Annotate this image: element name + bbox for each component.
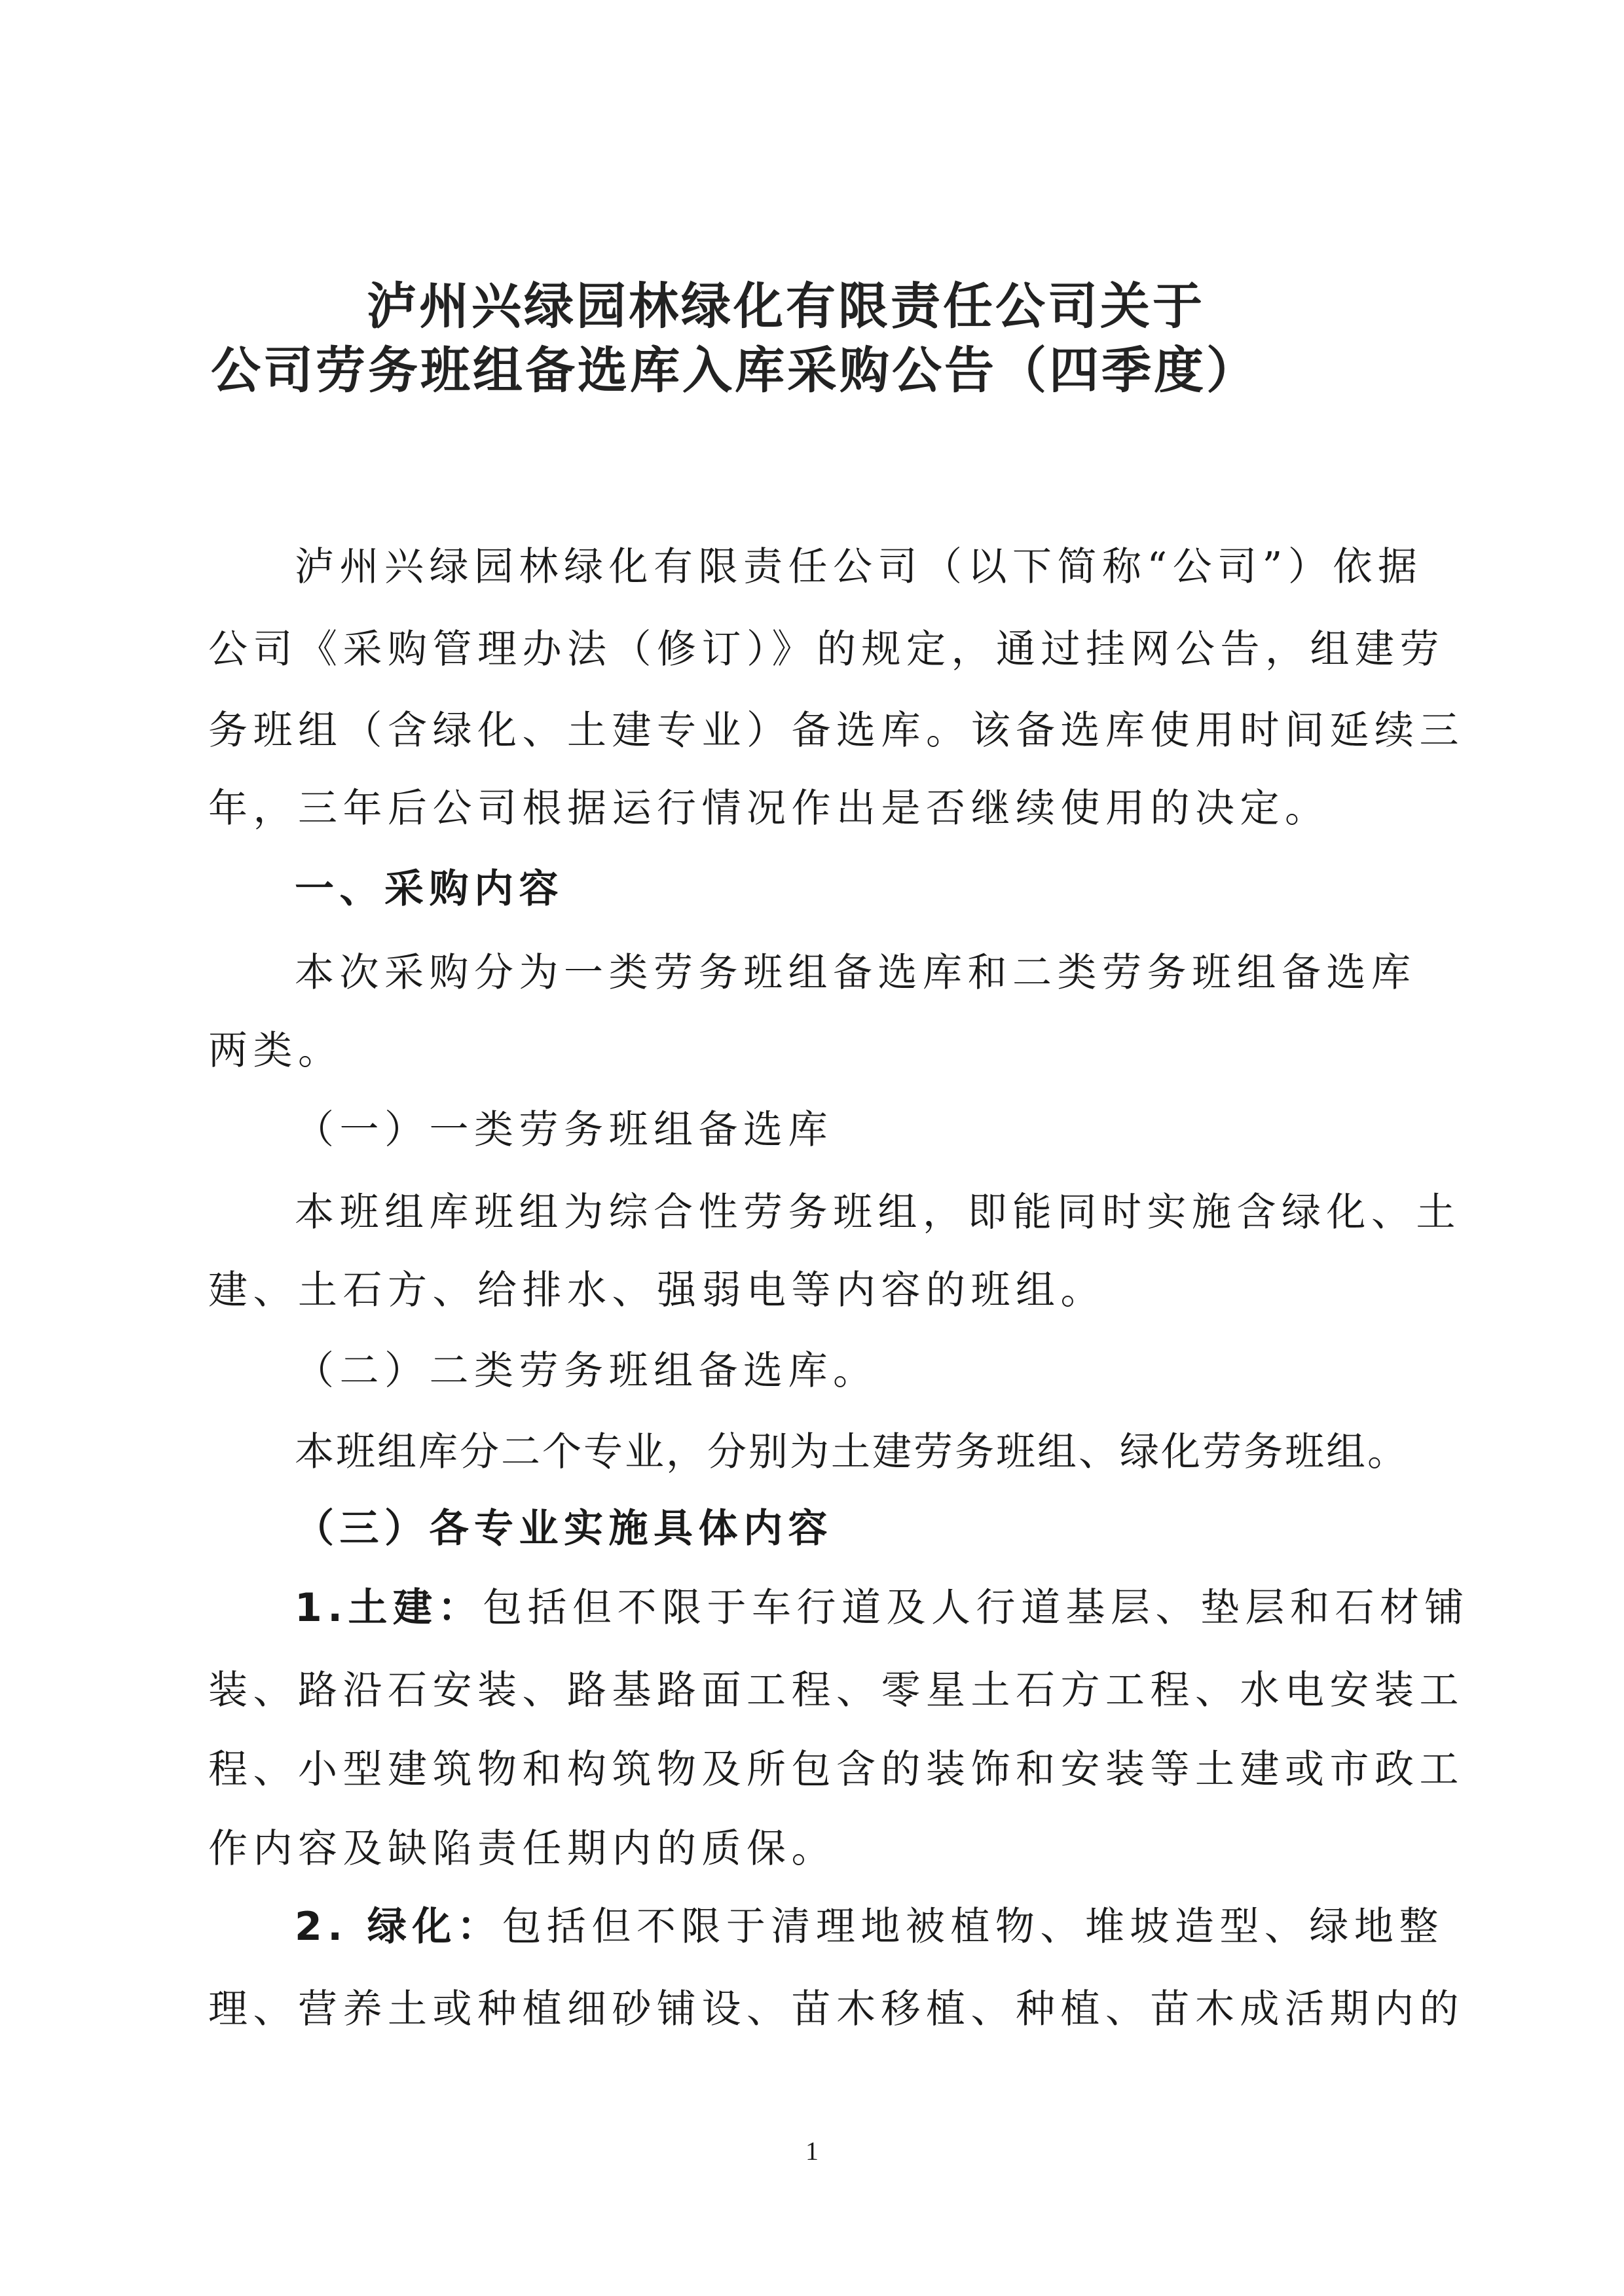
document-page: 泸州兴绿园林绿化有限责任公司关于 公司劳务班组备选库入库采购公告（四季度） 泸州… <box>0 0 1624 2296</box>
paragraph-categories-line-2: 两类。 <box>208 1025 1420 1077</box>
document-title-line-2: 公司劳务班组备选库入库采购公告（四季度） <box>211 339 1624 402</box>
item-greening-label: 2. 绿化： <box>295 1904 502 1950</box>
item-civil-line-1: 1.土建：包括但不限于车行道及人行道基层、垫层和石材铺 <box>295 1582 1506 1634</box>
item-civil-text: 包括但不限于车行道及人行道基层、垫层和石材铺 <box>483 1585 1469 1631</box>
paragraph-intro-line-3: 务班组（含绿化、土建专业）备选库。该备选库使用时间延续三 <box>208 704 1420 757</box>
paragraph-category-one-line-1: 本班组库班组为综合性劳务班组，即能同时实施含绿化、土 <box>295 1186 1506 1239</box>
item-greening-text: 包括但不限于清理地被植物、堆坡造型、绿地整 <box>502 1904 1444 1950</box>
subheading-category-one: （一）一类劳务班组备选库 <box>295 1104 1506 1156</box>
subheading-specialty-content: （三）各专业实施具体内容 <box>295 1503 1506 1555</box>
item-greening-line-1: 2. 绿化：包括但不限于清理地被植物、堆坡造型、绿地整 <box>295 1901 1506 1953</box>
section-heading-procurement-content: 一、采购内容 <box>295 863 1506 915</box>
subheading-category-two: （二）二类劳务班组备选库。 <box>295 1345 1506 1397</box>
item-civil-label: 1.土建： <box>295 1585 483 1631</box>
paragraph-categories-line-1: 本次采购分为一类劳务班组备选库和二类劳务班组备选库 <box>295 947 1506 999</box>
item-civil-line-3: 程、小型建筑物和构筑物及所包含的装饰和安装等土建或市政工 <box>208 1743 1420 1796</box>
paragraph-category-two: 本班组库分二个专业，分别为土建劳务班组、绿化劳务班组。 <box>295 1426 1506 1478</box>
item-civil-line-4: 作内容及缺陷责任期内的质保。 <box>208 1823 1420 1875</box>
paragraph-intro-line-1: 泸州兴绿园林绿化有限责任公司（以下简称“公司”）依据 <box>295 541 1506 593</box>
paragraph-category-one-line-2: 建、土石方、给排水、强弱电等内容的班组。 <box>208 1264 1420 1317</box>
page-number: 1 <box>0 2136 1624 2166</box>
item-greening-line-2: 理、营养土或种植细砂铺设、苗木移植、种植、苗木成活期内的 <box>208 1983 1420 2035</box>
paragraph-intro-line-2: 公司《采购管理办法（修订）》的规定，通过挂网公告，组建劳 <box>208 623 1420 676</box>
paragraph-intro-line-4: 年，三年后公司根据运行情况作出是否继续使用的决定。 <box>208 782 1420 835</box>
item-civil-line-2: 装、路沿石安装、路基路面工程、零星土石方工程、水电安装工 <box>208 1664 1420 1717</box>
document-title-line-1: 泸州兴绿园林绿化有限责任公司关于 <box>367 275 1624 338</box>
